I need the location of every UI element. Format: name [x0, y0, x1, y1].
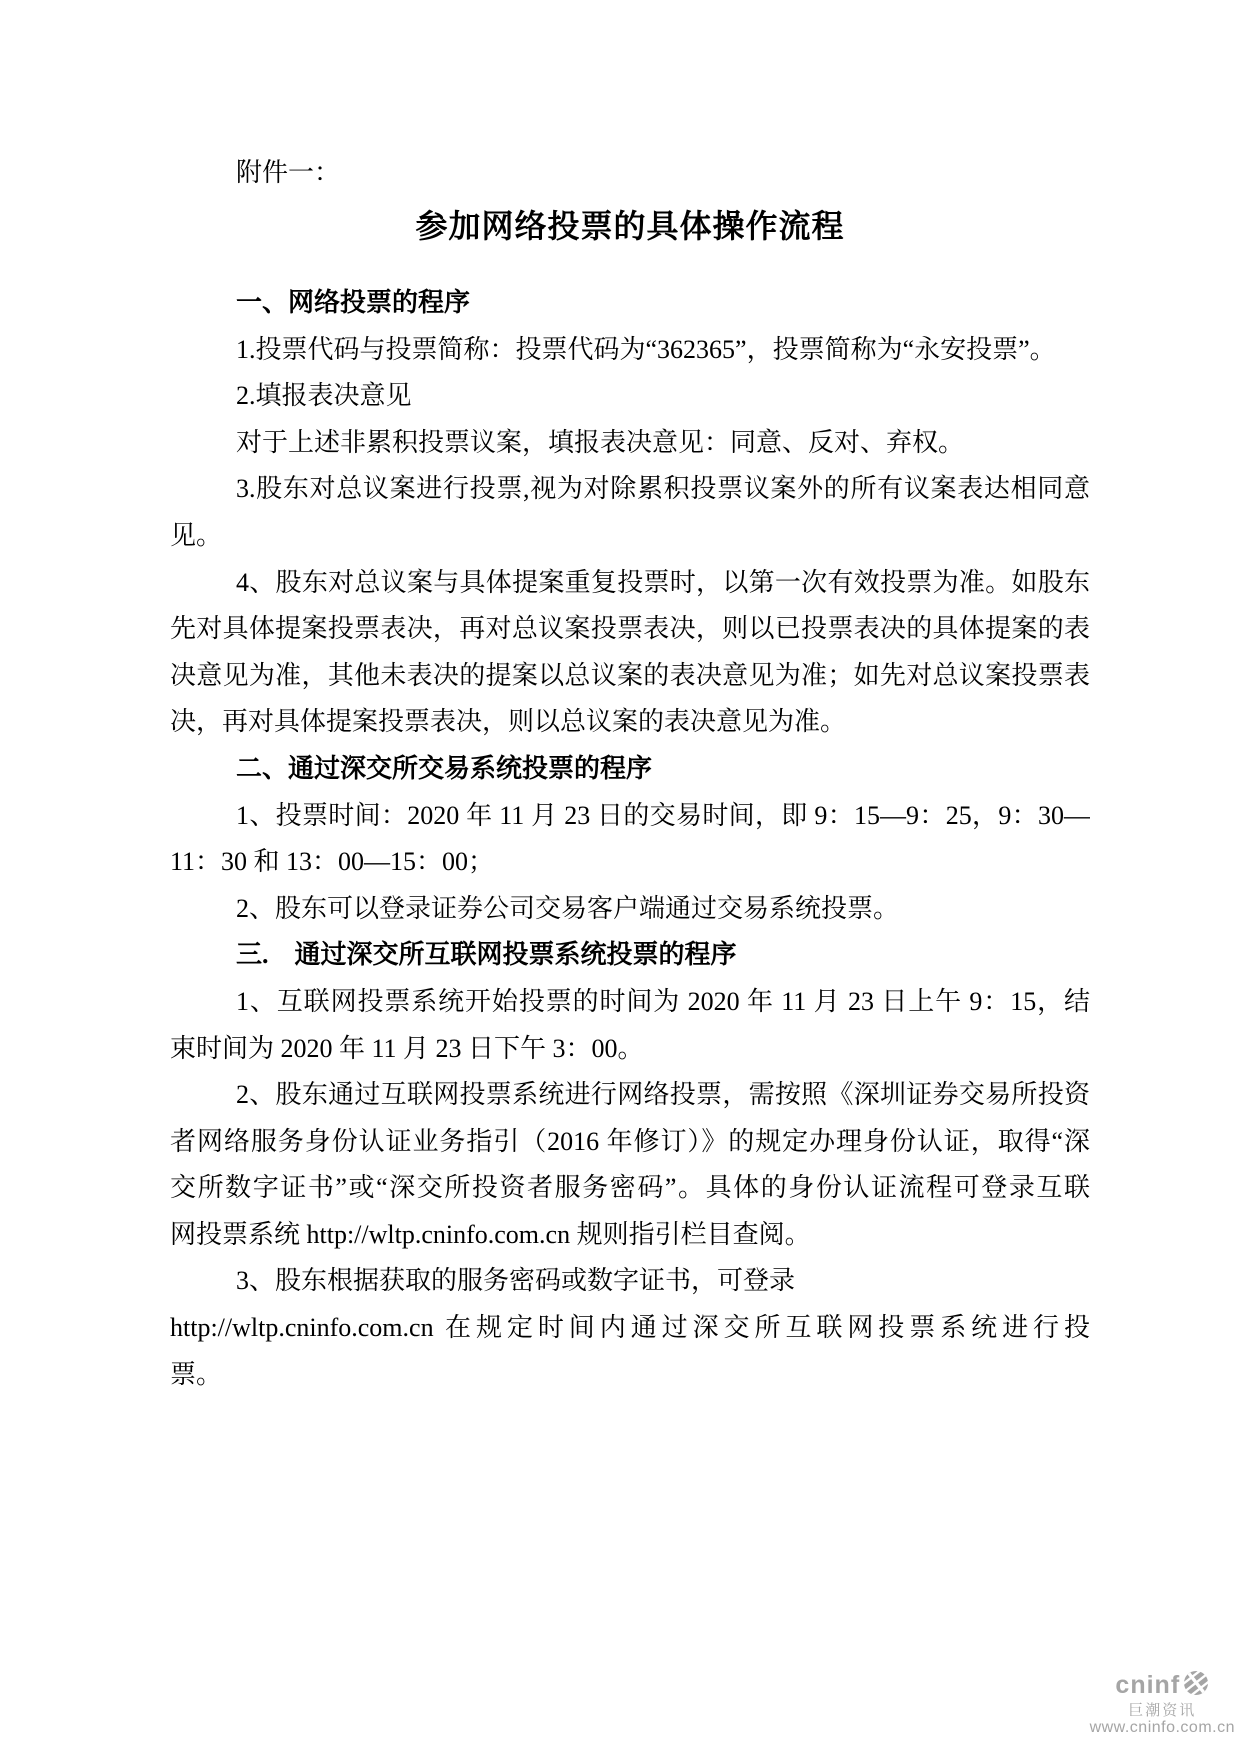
document-line: 2.填报表决意见 — [170, 373, 1090, 420]
document-line: 1.投票代码与投票简称：投票代码为“362365”，投票简称为“永安投票”。 — [170, 327, 1090, 374]
document-line: 1、互联网投票系统开始投票的时间为 2020 年 11 月 23 日上午 9：1… — [170, 979, 1090, 1026]
document-line: 对于上述非累积投票议案，填报表决意见：同意、反对、弃权。 — [170, 420, 1090, 467]
document-line: 2、股东可以登录证券公司交易客户端通过交易系统投票。 — [170, 886, 1090, 933]
document-page: 附件一： 参加网络投票的具体操作流程 一、网络投票的程序1.投票代码与投票简称：… — [0, 0, 1241, 1754]
cninfo-brand-text: cninf — [1115, 1673, 1180, 1698]
document-line: 决，再对具体提案投票表决，则以总议案的表决意见为准。 — [170, 699, 1090, 746]
document-line: 4、股东对总议案与具体提案重复投票时，以第一次有效投票为准。如股东 — [170, 560, 1090, 607]
section-heading: 三. 通过深交所互联网投票系统投票的程序 — [170, 932, 1090, 979]
cninfo-brand-row: cninf — [1115, 1670, 1209, 1700]
document-title: 参加网络投票的具体操作流程 — [170, 196, 1090, 256]
document-line: 见。 — [170, 513, 1090, 560]
cninfo-logo: cninf — [1090, 1670, 1235, 1736]
document-line: 票。 — [170, 1352, 1090, 1399]
document-line: 11：30 和 13：00—15：00； — [170, 839, 1090, 886]
section-heading: 二、通过深交所交易系统投票的程序 — [170, 746, 1090, 793]
document-line: 交所数字证书”或“深交所投资者服务密码”。具体的身份认证流程可登录互联 — [170, 1165, 1090, 1212]
document-line: 决意见为准，其他未表决的提案以总议案的表决意见为准；如先对总议案投票表 — [170, 653, 1090, 700]
document-body: 附件一： 参加网络投票的具体操作流程 一、网络投票的程序1.投票代码与投票简称：… — [170, 149, 1090, 1398]
cninfo-website: www.cninfo.com.cn — [1090, 1720, 1235, 1736]
document-line: 3.股东对总议案进行投票,视为对除累积投票议案外的所有议案表达相同意 — [170, 466, 1090, 513]
document-line: 先对具体提案投票表决，再对总议案投票表决，则以已投票表决的具体提案的表 — [170, 606, 1090, 653]
section-heading: 一、网络投票的程序 — [170, 280, 1090, 327]
document-line: http://wltp.cninfo.com.cn 在规定时间内通过深交所互联网… — [170, 1305, 1090, 1352]
document-line: 者网络服务身份认证业务指引（2016 年修订）》的规定办理身份认证，取得“深 — [170, 1119, 1090, 1166]
document-line: 3、股东根据获取的服务密码或数字证书，可登录 — [170, 1258, 1090, 1305]
document-line: 束时间为 2020 年 11 月 23 日下午 3：00。 — [170, 1026, 1090, 1073]
cninfo-brand-chinese: 巨潮资讯 — [1128, 1703, 1196, 1718]
document-line: 1、投票时间：2020 年 11 月 23 日的交易时间，即 9：15—9：25… — [170, 793, 1090, 840]
document-line: 网投票系统 http://wltp.cninfo.com.cn 规则指引栏目查阅… — [170, 1212, 1090, 1259]
document-lines: 一、网络投票的程序1.投票代码与投票简称：投票代码为“362365”，投票简称为… — [170, 280, 1090, 1398]
cninfo-swirl-icon — [1183, 1670, 1209, 1700]
document-line: 2、股东通过互联网投票系统进行网络投票，需按照《深圳证券交易所投资 — [170, 1072, 1090, 1119]
attachment-label: 附件一： — [170, 149, 1090, 196]
